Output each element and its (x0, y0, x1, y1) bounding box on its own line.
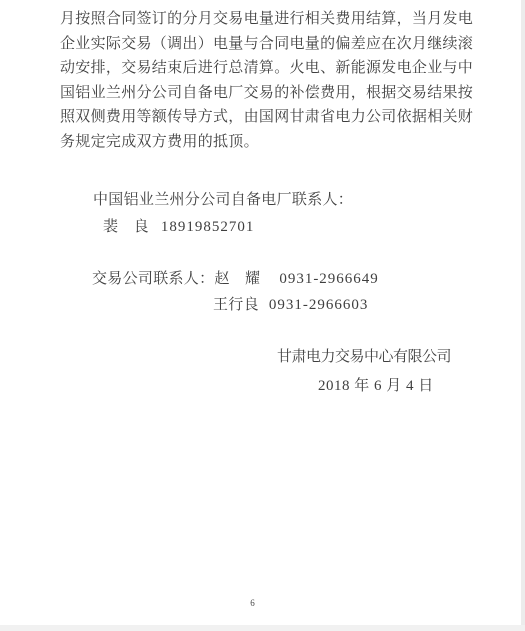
page-right-edge (521, 0, 525, 631)
plant-contact-name: 裴 良 (103, 219, 149, 235)
trading-contact-row-2: 王行良0931-2966603 (213, 296, 368, 314)
document-page: 月按照合同签订的分月交易电量进行相关费用结算，当月发电 企业实际交易（调出）电量… (0, 0, 525, 631)
page-number: 6 (0, 598, 505, 608)
signature-date: 2018 年 6 月 4 日 (318, 377, 434, 395)
signature-company: 甘肃电力交易中心有限公司 (277, 348, 451, 366)
trading-contact-phone-1: 0931-2966649 (279, 271, 379, 287)
trading-contact-name-2: 王行良 (213, 297, 259, 313)
trading-contact-name-1: 赵 耀 (214, 271, 260, 287)
paragraph-line: 月按照合同签订的分月交易电量进行相关费用结算，当月发电 (60, 7, 456, 32)
trading-contact-phone-2: 0931-2966603 (269, 297, 369, 313)
plant-contact-phone: 18919852701 (161, 219, 255, 235)
paragraph-line: 务规定完成双方费用的抵顶。 (60, 130, 456, 155)
plant-contact-row: 裴 良18919852701 (103, 218, 254, 236)
paragraph-line: 企业实际交易（调出）电量与合同电量的偏差应在次月继续滚 (60, 32, 456, 57)
body-paragraph: 月按照合同签订的分月交易电量进行相关费用结算，当月发电 企业实际交易（调出）电量… (60, 7, 456, 155)
paragraph-line: 国铝业兰州分公司自备电厂交易的补偿费用，根据交易结果按 (60, 81, 456, 106)
paragraph-line: 照双侧费用等额传导方式，由国网甘肃省电力公司依据相关财 (60, 105, 456, 130)
page-bottom-edge (0, 625, 525, 631)
trading-contact-row-1: 交易公司联系人：赵 耀0931-2966649 (92, 270, 379, 288)
paragraph-line: 动安排，交易结束后进行总清算。火电、新能源发电企业与中 (60, 56, 456, 81)
trading-contact-header: 交易公司联系人： (92, 271, 214, 287)
plant-contact-header: 中国铝业兰州分公司自备电厂联系人： (93, 191, 353, 209)
